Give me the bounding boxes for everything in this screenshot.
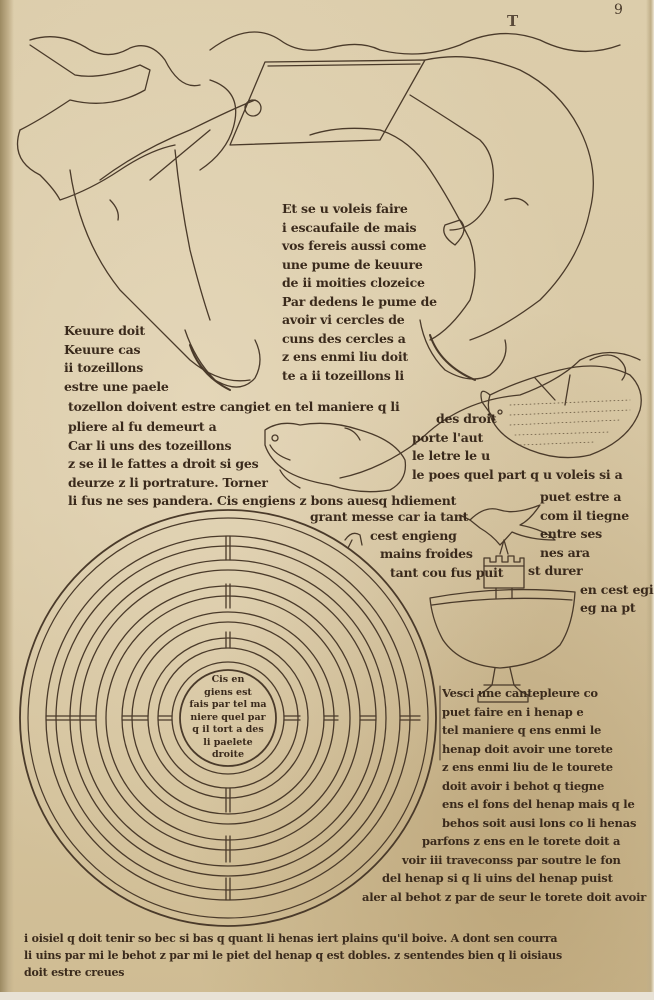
text-block-left-lower: pliere al fu demeurt a Car li uns des to…: [68, 418, 456, 511]
text-line: cest engieng: [370, 527, 503, 546]
text-line: parfons z ens en le torete doit a: [422, 832, 646, 851]
text-line: le letre le u: [412, 447, 623, 466]
text-block-right-mid: des droit porte l'aut le letre le u le p…: [412, 410, 623, 484]
text-line: Car li uns des tozeillons: [68, 437, 456, 456]
text-line: puet estre a: [540, 488, 653, 507]
text-block-center-lower: grant messe car ia tant cest engieng mai…: [340, 508, 503, 582]
text-line: ens el fons del henap mais q le: [442, 795, 646, 814]
text-line: q il tort a des: [180, 724, 276, 737]
text-line: pliere al fu demeurt a: [68, 418, 456, 437]
text-block-right-lower: puet estre a com il tiegne entre ses nes…: [540, 488, 653, 618]
text-line: li paelete: [180, 737, 276, 750]
text-line: porte l'aut: [412, 429, 623, 448]
manuscript-page: 9 T: [0, 0, 654, 1000]
text-line: fais par tel ma: [180, 699, 276, 712]
text-line: grant messe car ia tant: [310, 508, 503, 527]
text-line: z se il le fattes a droit si ges: [68, 455, 456, 474]
text-line: deurze z li portrature. Torner: [68, 474, 456, 493]
text-line: behos soit ausi lons co li henas: [442, 814, 646, 833]
text-line: i escaufaile de mais: [282, 219, 437, 238]
text-line: ii tozeillons: [64, 359, 169, 378]
text-line: doit estre creues: [24, 964, 562, 981]
text-line: voir iii traveconss par soutre le fon: [402, 851, 646, 870]
text-line: tant cou fus puit: [390, 564, 503, 583]
text-line: en cest egi: [580, 581, 653, 600]
text-line: doit avoir i behot q tiegne: [442, 777, 646, 796]
text-line: tel maniere q ens enmi le: [442, 721, 646, 740]
text-line: cuns des cercles a: [282, 330, 437, 349]
text-line: Cis en: [180, 674, 276, 687]
text-line: li uins par mi le behot z par mi le piet…: [24, 947, 562, 964]
text-block-top-center: Et se u voleis faire i escaufaile de mai…: [282, 200, 437, 385]
text-line: mains froides: [380, 545, 503, 564]
text-line: Par dedens le pume de: [282, 293, 437, 312]
text-block-left-margin: Keuure doit Keuure cas ii tozeillons est…: [64, 322, 169, 396]
text-block-full-width-a: tozellon doivent estre cangiet en tel ma…: [68, 398, 400, 417]
text-line: nes ara: [540, 544, 653, 563]
text-line: puet faire en i henap e: [442, 703, 646, 722]
text-line: aler al behot z par de seur le torete do…: [362, 888, 646, 907]
text-line: droite: [180, 749, 276, 762]
text-line: Keuure cas: [64, 341, 169, 360]
text-line: Keuure doit: [64, 322, 169, 341]
text-line: giens est: [180, 687, 276, 700]
text-line: z ens enmi liu doit: [282, 348, 437, 367]
text-line: com il tiegne: [540, 507, 653, 526]
labyrinth-center-text: Cis en giens est fais par tel ma niere q…: [180, 674, 276, 762]
text-line: te a ii tozeillons li: [282, 367, 437, 386]
text-line: z ens enmi liu de le tourete: [442, 758, 646, 777]
text-line: une pume de keuure: [282, 256, 437, 275]
text-line: Et se u voleis faire: [282, 200, 437, 219]
text-line: Vesci une cantepleure co: [442, 684, 646, 703]
text-line: entre ses: [540, 525, 653, 544]
text-line: estre une paele: [64, 378, 169, 397]
text-line: niere quel par: [180, 712, 276, 725]
text-block-bottom: i oisiel q doit tenir so bec si bas q qu…: [24, 930, 562, 981]
text-line: del henap si q li uins del henap puist: [382, 869, 646, 888]
text-line: eg na pt: [580, 599, 653, 618]
text-line: vos fereis aussi come: [282, 237, 437, 256]
text-line: tozellon doivent estre cangiet en tel ma…: [68, 398, 400, 417]
text-line: des droit: [412, 410, 623, 429]
text-line: henap doit avoir une torete: [442, 740, 646, 759]
text-block-right-bottom: Vesci une cantepleure co puet faire en i…: [442, 684, 646, 906]
text-line: i oisiel q doit tenir so bec si bas q qu…: [24, 930, 562, 947]
text-line: de ii moities clozeice: [282, 274, 437, 293]
text-line: avoir vi cercles de: [282, 311, 437, 330]
text-line: st durer: [528, 562, 653, 581]
text-line: le poes quel part q u voleis si a: [412, 466, 623, 485]
